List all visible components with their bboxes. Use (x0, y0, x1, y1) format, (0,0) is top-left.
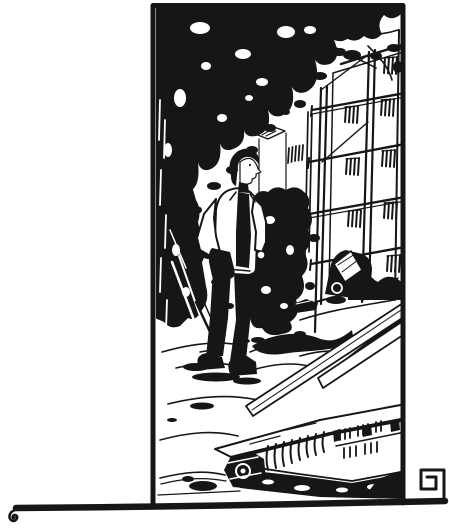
foot-shadow (233, 378, 261, 385)
leaf-clump (332, 48, 344, 56)
canopy-gap (245, 95, 253, 101)
rubble (336, 488, 348, 493)
canopy-gap (190, 22, 210, 34)
bottom-rule (16, 501, 445, 508)
stone (190, 403, 214, 410)
wheel-hub (241, 469, 246, 474)
debris-blob (189, 481, 217, 491)
canopy-gap (277, 26, 295, 38)
canopy-gap (201, 62, 211, 70)
leaf-clump (207, 182, 221, 190)
leaf-clump (180, 228, 192, 236)
eye (249, 164, 251, 166)
leaf-clump (282, 109, 290, 115)
bush-tuft (308, 234, 320, 242)
bush-tuft (305, 282, 315, 290)
base-rubble (326, 296, 346, 304)
illustration-canvas (0, 0, 449, 531)
canopy-gap (235, 49, 251, 59)
hand (257, 251, 265, 259)
canopy-gap (304, 26, 316, 34)
leaf-clump (387, 44, 401, 52)
canopy-gap (174, 89, 186, 107)
rubble (262, 480, 274, 485)
stone (167, 418, 177, 422)
dark-vest (236, 192, 251, 268)
illustration-scene (155, 5, 413, 503)
canopy-gap (256, 78, 268, 86)
leaf-clump (313, 72, 327, 80)
illustration-page (0, 0, 449, 531)
scroll-dot (11, 515, 15, 519)
canopy-gap (217, 114, 227, 122)
square-spiral-flourish-right (421, 470, 444, 499)
leaf-clump (294, 100, 306, 108)
bush-gap (261, 286, 271, 294)
leaf-clump (264, 124, 276, 132)
rubble (294, 485, 310, 491)
debris-blob (182, 476, 194, 482)
square-spiral (421, 470, 444, 499)
bush-gap (280, 303, 288, 309)
bush-gap (286, 245, 294, 255)
